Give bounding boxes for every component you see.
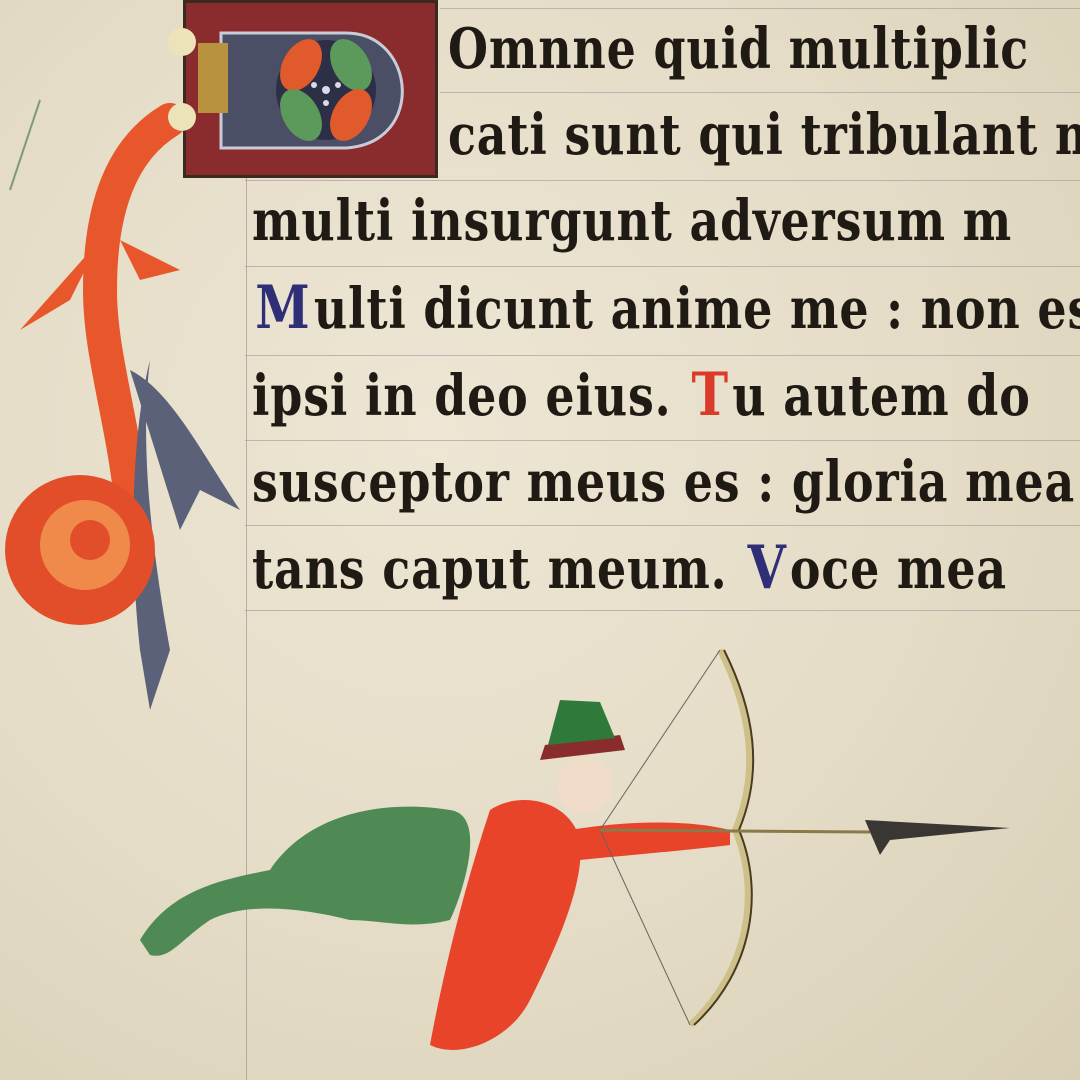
text-line-3: multi insurgunt adversum m	[252, 186, 964, 256]
line-ruling	[245, 440, 1080, 441]
line-ruling	[245, 610, 1080, 611]
line-ruling	[245, 180, 1080, 181]
text-line-4: Multi dicunt anime me : non est sa	[252, 273, 964, 343]
centaur-archer-illustration	[130, 640, 1030, 1060]
text-line-6: susceptor meus es : gloria mea e	[252, 447, 964, 517]
text-line-2: cati sunt qui tribulant m	[448, 100, 999, 170]
rubric-initial-v: V	[744, 533, 790, 603]
line-ruling	[440, 92, 1080, 93]
line-ruling	[245, 355, 1080, 356]
line-ruling	[245, 266, 1080, 267]
gold-bead-icons	[165, 25, 199, 135]
line-ruling	[440, 8, 1080, 9]
illuminated-initial-d	[183, 0, 438, 178]
arrow-shaft-icon	[600, 830, 870, 832]
line-ruling	[245, 525, 1080, 526]
rubric-initial-t: T	[688, 360, 732, 430]
rubric-initial-m: M	[252, 273, 314, 343]
centaur-body-icon	[140, 807, 470, 956]
initial-d-icon	[186, 3, 435, 175]
text-line-7: tans caput meum. Voce mea	[252, 533, 964, 603]
text-line-1: Omnne quid multiplic	[448, 14, 999, 84]
manuscript-page: Omnne quid multiplic cati sunt qui tribu…	[0, 0, 1080, 1080]
text-line-5: ipsi in deo eius. Tu autem do	[252, 360, 964, 430]
arrowhead-icon	[865, 820, 1010, 855]
